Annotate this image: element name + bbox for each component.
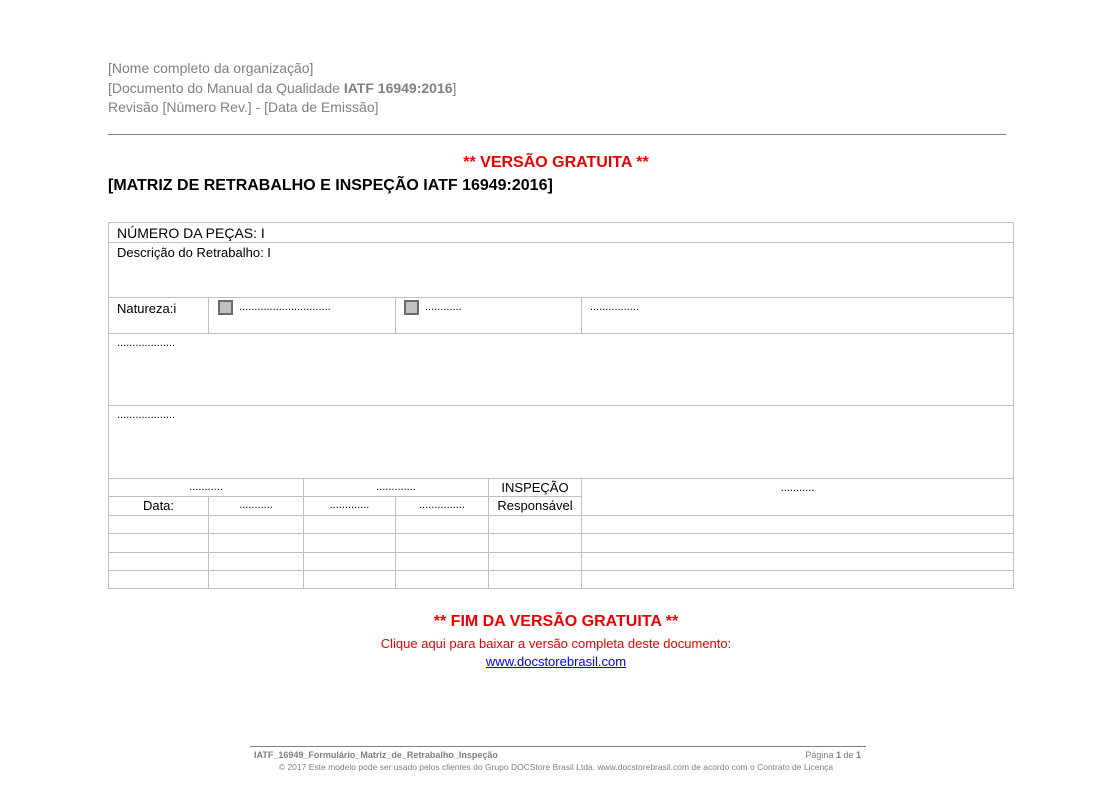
subheader-4-label: ...............: [396, 499, 488, 511]
nature-option-3: ................: [590, 301, 639, 313]
revision-line: Revisão [Número Rev.] - [Data de Emissão…: [108, 99, 379, 115]
column-group-2: .............: [303, 478, 489, 497]
page-title: [MATRIZ DE RETRABALHO E INSPEÇÃO IATF 16…: [108, 177, 553, 195]
table-cell[interactable]: [303, 552, 396, 571]
table-cell[interactable]: [208, 515, 304, 534]
table-cell[interactable]: [108, 552, 209, 571]
nature-label: Natureza:i: [117, 301, 176, 316]
document-suffix: ]: [453, 80, 457, 96]
field-1: ...................: [117, 337, 175, 349]
subheader-date-label: Data:: [109, 498, 208, 513]
table-cell[interactable]: [581, 570, 1014, 589]
table-cell[interactable]: [303, 515, 396, 534]
table-cell[interactable]: [395, 570, 489, 589]
table-cell[interactable]: [108, 570, 209, 589]
page-mid: de: [841, 750, 856, 760]
inspection-header-label: INSPEÇÃO: [489, 480, 581, 495]
checkbox-icon[interactable]: [404, 300, 419, 315]
subheader-responsible-label: Responsável: [489, 498, 581, 513]
table-cell[interactable]: [488, 570, 582, 589]
nature-option-2-cell[interactable]: ............: [395, 297, 582, 334]
column-group-1: ...........: [108, 478, 304, 497]
table-cell[interactable]: [303, 533, 396, 553]
table-cell[interactable]: [303, 570, 396, 589]
organization-name: [Nome completo da organização]: [108, 60, 313, 76]
subheader-4: ...............: [395, 496, 489, 516]
part-number-label: NÚMERO DA PEÇAS: I: [117, 225, 265, 241]
table-cell[interactable]: [395, 515, 489, 534]
table-cell[interactable]: [108, 533, 209, 553]
table-cell[interactable]: [488, 515, 582, 534]
subheader-date: Data:: [108, 496, 209, 516]
nature-option-1-cell[interactable]: ..............................: [208, 297, 396, 334]
nature-option-2: ............: [425, 301, 462, 313]
subheader-responsible: Responsável: [488, 496, 582, 516]
download-prompt: Clique aqui para baixar a versão complet…: [0, 636, 1112, 651]
table-cell[interactable]: [488, 552, 582, 571]
footer-file-name: IATF_16949_Formulário_Matriz_de_Retrabal…: [254, 750, 498, 760]
table-cell[interactable]: [208, 552, 304, 571]
subheader-3-label: .............: [304, 499, 395, 511]
footer-separator: [250, 746, 866, 747]
free-version-banner: ** VERSÃO GRATUITA **: [0, 154, 1112, 172]
rework-description-label: Descrição do Retrabalho: I: [117, 245, 271, 260]
footer-page-number: Página 1 de 1: [805, 750, 861, 760]
nature-option-3-cell[interactable]: ................: [581, 297, 1014, 334]
subheader-2: ...........: [208, 496, 304, 516]
table-cell[interactable]: [395, 552, 489, 571]
subheader-2-label: ...........: [209, 499, 303, 511]
table-cell[interactable]: [581, 515, 1014, 534]
table-cell[interactable]: [488, 533, 582, 553]
column-group-3: ...........: [581, 478, 1014, 516]
field-1-cell[interactable]: ...................: [108, 333, 1014, 406]
rework-inspection-form: NÚMERO DA PEÇAS: I Descrição do Retrabal…: [108, 222, 1014, 589]
subheader-3: .............: [303, 496, 396, 516]
checkbox-icon[interactable]: [218, 300, 233, 315]
inspection-header: INSPEÇÃO: [488, 478, 582, 497]
rework-description-cell[interactable]: Descrição do Retrabalho: I: [108, 242, 1014, 298]
table-cell[interactable]: [208, 570, 304, 589]
table-cell[interactable]: [208, 533, 304, 553]
nature-option-1: ..............................: [239, 301, 331, 313]
field-2-cell[interactable]: ...................: [108, 405, 1014, 479]
column-group-1-label: ...........: [109, 481, 303, 493]
document-reference: [Documento do Manual da Qualidade IATF 1…: [108, 80, 456, 96]
table-cell[interactable]: [395, 533, 489, 553]
footer-copyright: © 2017 Este modelo pode ser usado pelos …: [0, 762, 1112, 772]
page-prefix: Página: [805, 750, 836, 760]
download-link[interactable]: www.docstorebrasil.com: [486, 654, 626, 669]
free-version-end-banner: ** FIM DA VERSÃO GRATUITA **: [0, 613, 1112, 631]
document-standard: IATF 16949:2016: [344, 80, 453, 96]
document-prefix: [Documento do Manual da Qualidade: [108, 80, 344, 96]
column-group-3-label: ...........: [582, 482, 1013, 494]
part-number-cell[interactable]: NÚMERO DA PEÇAS: I: [108, 222, 1014, 243]
column-group-2-label: .............: [304, 481, 488, 493]
download-link-wrap: www.docstorebrasil.com: [0, 654, 1112, 669]
table-cell[interactable]: [581, 552, 1014, 571]
table-cell[interactable]: [581, 533, 1014, 553]
nature-label-cell: Natureza:i: [108, 297, 209, 334]
field-2: ...................: [117, 409, 175, 421]
page-total: 1: [856, 750, 861, 760]
header-separator: [108, 134, 1006, 135]
table-cell[interactable]: [108, 515, 209, 534]
